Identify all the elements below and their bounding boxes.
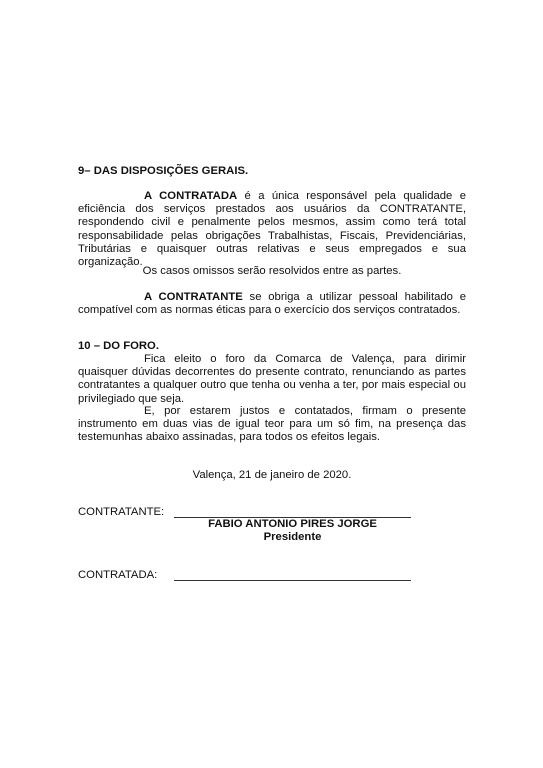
section-9-paragraph-1: A CONTRATADA é a única responsável pela …	[78, 190, 466, 269]
section-10-heading: 10 – DO FORO.	[78, 340, 466, 353]
contratada-label: CONTRATADA:	[78, 569, 157, 582]
contratada-signature-line	[174, 580, 411, 581]
section-9-heading: 9– DAS DISPOSIÇÕES GERAIS.	[78, 165, 466, 178]
contratante-bold: A CONTRATANTE	[144, 291, 243, 303]
section-9-paragraph-1-text: é a única responsável pela qualidade e e…	[78, 190, 466, 268]
section-10-paragraph-2: E, por estarem justos e contatados, firm…	[78, 405, 466, 445]
contratada-bold: A CONTRATADA	[144, 190, 237, 202]
document-page: 9– DAS DISPOSIÇÕES GERAIS. A CONTRATADA …	[0, 0, 543, 768]
section-9-paragraph-2: Os casos omissos serão resolvidos entre …	[78, 265, 466, 278]
date-line: Valença, 21 de janeiro de 2020.	[78, 469, 466, 482]
section-9-paragraph-3: A CONTRATANTE se obriga a utilizar pesso…	[78, 291, 466, 317]
contratante-label: CONTRATANTE:	[78, 506, 164, 519]
contratante-role: Presidente	[174, 531, 411, 544]
contratante-name: FABIO ANTONIO PIRES JORGE	[174, 518, 411, 531]
section-9-paragraph-3-text: se obriga a utilizar pessoal habilitado …	[78, 291, 466, 316]
section-10-paragraph-1: Fica eleito o foro da Comarca de Valença…	[78, 353, 466, 406]
